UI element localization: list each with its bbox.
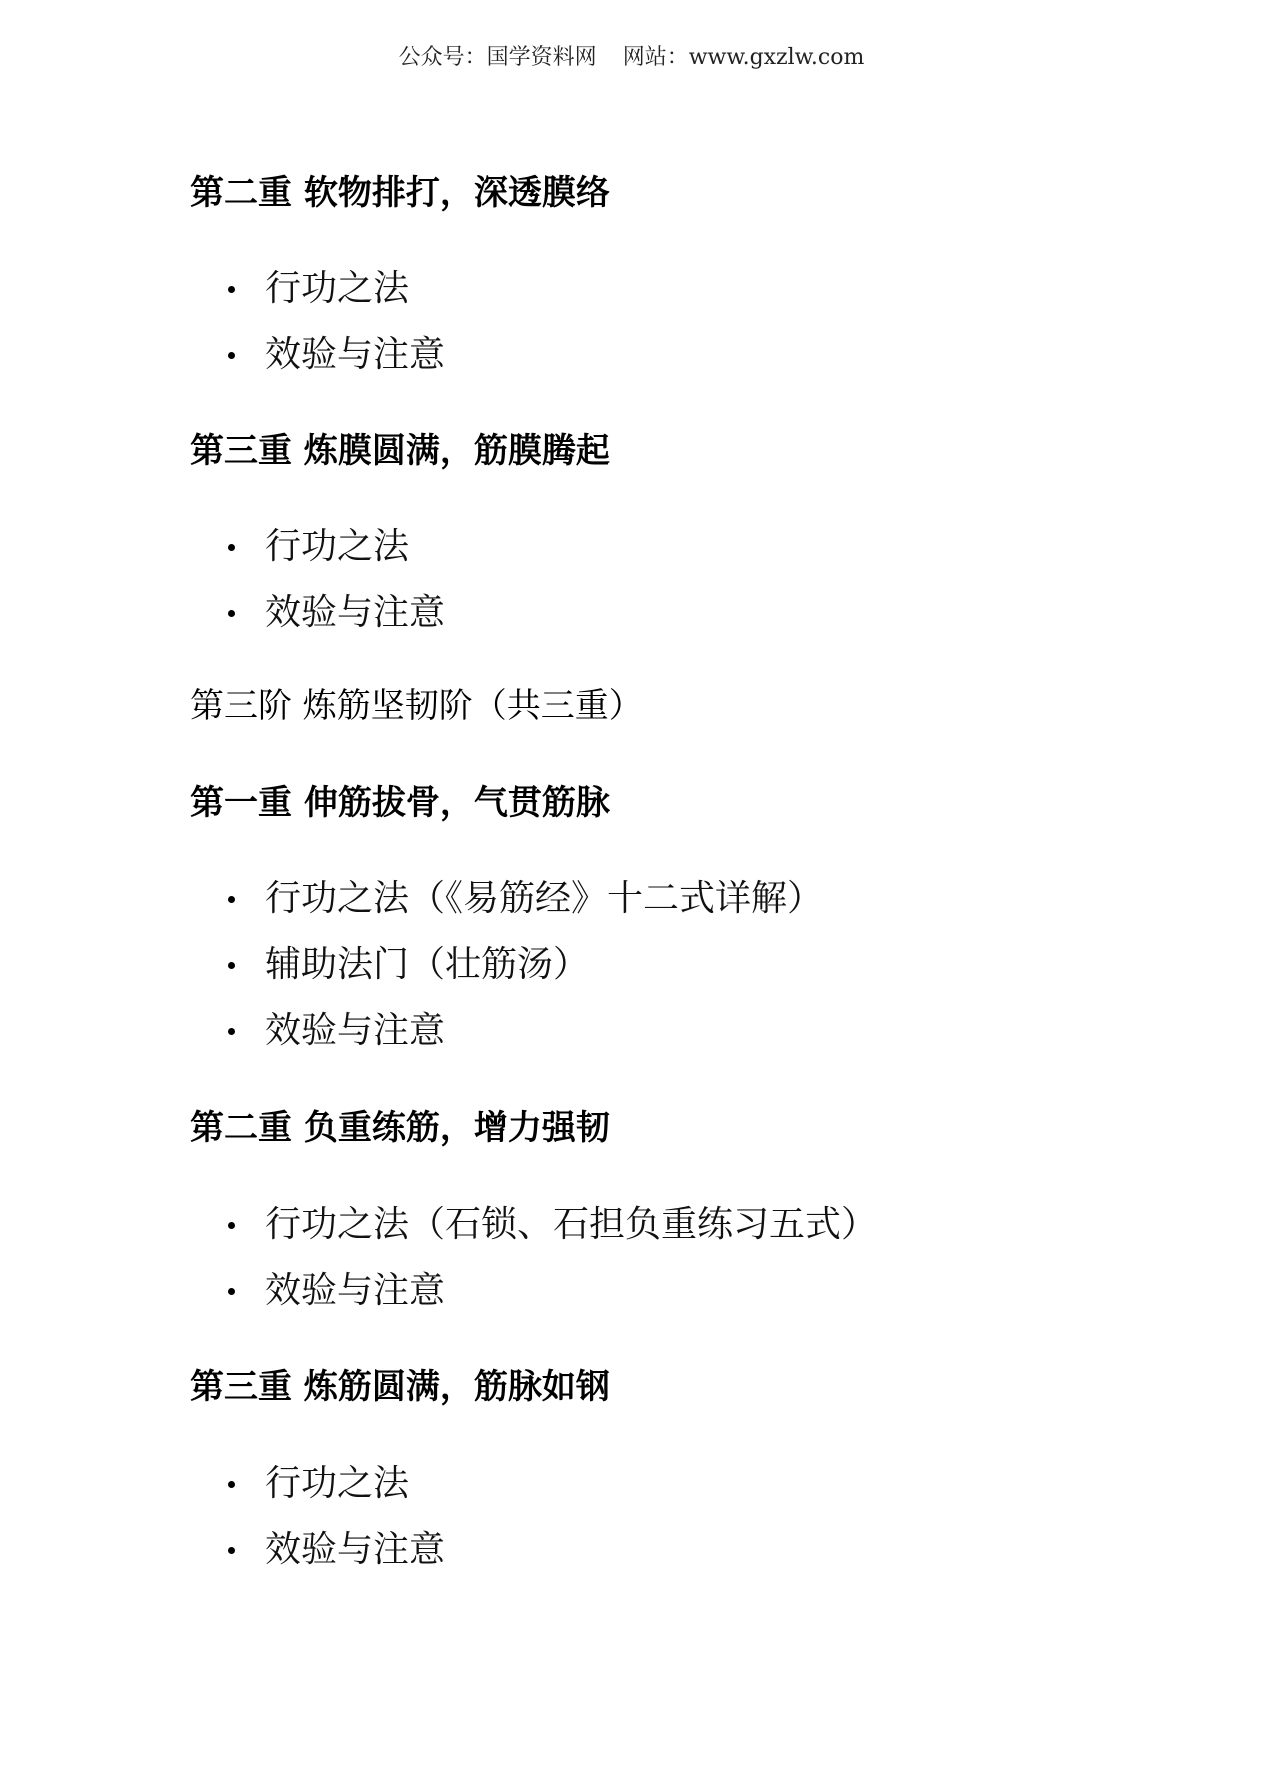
bullet-icon (228, 1288, 235, 1295)
wechat-account-label: 公众号：国学资料网 (399, 45, 597, 70)
bullet-icon (228, 1222, 235, 1229)
bullet-icon (228, 352, 235, 359)
list-item: 行功之法 (228, 518, 409, 569)
list-item: 效验与注意 (228, 1002, 445, 1053)
list-item: 行功之法（《易筋经》十二式详解） (228, 870, 823, 921)
bullet-icon (228, 962, 235, 969)
section-heading: 第一重 伸筋拔骨，气贯筋脉 (190, 775, 610, 824)
website-label: 网站：www.gxzlw.com (623, 45, 865, 70)
list-item: 辅助法门（壮筋汤） (228, 936, 589, 987)
list-item: 效验与注意 (228, 584, 445, 635)
list-item: 行功之法 (228, 260, 409, 311)
bullet-icon (228, 896, 235, 903)
bullet-icon (228, 286, 235, 293)
bullet-icon (228, 1547, 235, 1554)
list-item: 效验与注意 (228, 1262, 445, 1313)
section-heading: 第二重 软物排打，深透膜络 (190, 165, 610, 214)
section-heading: 第三重 炼筋圆满，筋脉如钢 (190, 1359, 610, 1408)
page-header: 公众号：国学资料网网站：www.gxzlw.com (0, 40, 1263, 71)
bullet-icon (228, 1028, 235, 1035)
bullet-icon (228, 610, 235, 617)
list-item: 行功之法 (228, 1455, 409, 1506)
list-item: 行功之法（石锁、石担负重练习五式） (228, 1196, 877, 1247)
section-heading: 第二重 负重练筋，增力强韧 (190, 1100, 610, 1149)
list-item: 效验与注意 (228, 326, 445, 377)
list-item: 效验与注意 (228, 1521, 445, 1572)
bullet-icon (228, 1481, 235, 1488)
section-heading: 第三重 炼膜圆满，筋膜腾起 (190, 423, 610, 472)
bullet-icon (228, 544, 235, 551)
stage-heading: 第三阶 炼筋坚韧阶（共三重） (190, 678, 643, 727)
